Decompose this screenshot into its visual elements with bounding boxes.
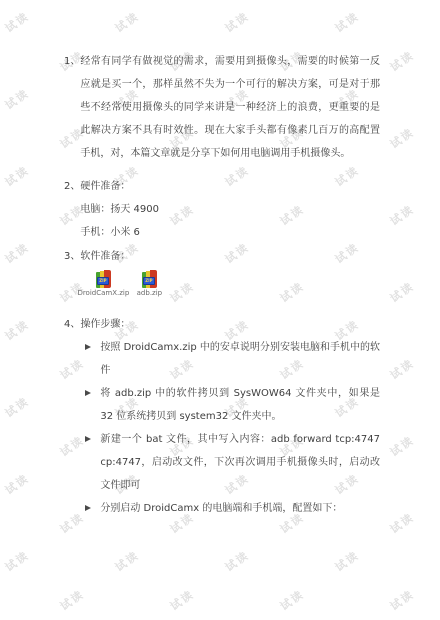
watermark-text: 试读 bbox=[2, 547, 32, 575]
section-1-number: 1、 bbox=[64, 50, 80, 165]
watermark-text: 试读 bbox=[222, 8, 252, 36]
document-content: 1、 经常有同学有做视觉的需求，需要用到摄像头，需要的时候第一反应就是买一个，那… bbox=[64, 50, 380, 520]
step-item: 新建一个 bat 文件，其中写入内容：adb forward tcp:4747 … bbox=[80, 428, 380, 497]
watermark-text: 试读 bbox=[2, 393, 32, 421]
hardware-line-phone: 手机：小米 6 bbox=[80, 221, 380, 244]
section-1: 1、 经常有同学有做视觉的需求，需要用到摄像头，需要的时候第一反应就是买一个，那… bbox=[64, 50, 380, 165]
section-4: 4、 操作步骤： 按照 DroidCamx.zip 中的安卓说明分别安装电脑和手… bbox=[64, 313, 380, 520]
arrow-bullet-icon bbox=[84, 497, 100, 520]
document-page: 试读试读试读试读试读试读试读试读试读试读试读试读试读试读试读试读试读试读试读试读… bbox=[0, 0, 440, 620]
section-4-number: 4、 bbox=[64, 313, 80, 520]
watermark-text: 试读 bbox=[167, 585, 197, 613]
watermark-text: 试读 bbox=[332, 547, 362, 575]
watermark-text: 试读 bbox=[222, 547, 252, 575]
zip-badge: ZIP bbox=[143, 277, 155, 285]
step-text: 新建一个 bat 文件，其中写入内容：adb forward tcp:4747 … bbox=[100, 428, 380, 497]
section-2: 2、 硬件准备： 电脑：扬天 4900 手机：小米 6 bbox=[64, 175, 380, 244]
section-2-number: 2、 bbox=[64, 175, 80, 244]
step-text: 将 adb.zip 中的软件拷贝到 SysWOW64 文件夹中，如果是 32 位… bbox=[100, 382, 380, 428]
step-text: 分别启动 DroidCamx 的电脑端和手机端，配置如下： bbox=[100, 497, 380, 520]
watermark-text: 试读 bbox=[387, 277, 417, 305]
hardware-line-computer: 电脑：扬天 4900 bbox=[80, 198, 380, 221]
watermark-text: 试读 bbox=[277, 585, 307, 613]
step-item: 将 adb.zip 中的软件拷贝到 SysWOW64 文件夹中，如果是 32 位… bbox=[80, 382, 380, 428]
section-3: 3、 软件准备： ZIP DroidCamX.zip bbox=[64, 245, 380, 300]
file-item-adb: ZIP adb.zip bbox=[126, 270, 172, 298]
step-item: 按照 DroidCamx.zip 中的安卓说明分别安装电脑和手机中的软件 bbox=[80, 336, 380, 382]
watermark-text: 试读 bbox=[2, 316, 32, 344]
watermark-text: 试读 bbox=[57, 585, 87, 613]
arrow-bullet-icon bbox=[84, 336, 100, 382]
watermark-text: 试读 bbox=[2, 239, 32, 267]
watermark-text: 试读 bbox=[387, 200, 417, 228]
step-item: 分别启动 DroidCamx 的电脑端和手机端，配置如下： bbox=[80, 497, 380, 520]
watermark-text: 试读 bbox=[2, 8, 32, 36]
watermark-text: 试读 bbox=[387, 123, 417, 151]
file-item-droidcamx: ZIP DroidCamX.zip bbox=[80, 270, 126, 298]
step-text: 按照 DroidCamx.zip 中的安卓说明分别安装电脑和手机中的软件 bbox=[100, 336, 380, 382]
zip-badge: ZIP bbox=[97, 277, 109, 285]
watermark-text: 试读 bbox=[387, 508, 417, 536]
watermark-text: 试读 bbox=[112, 547, 142, 575]
section-3-title: 软件准备： bbox=[80, 245, 380, 268]
watermark-text: 试读 bbox=[387, 431, 417, 459]
software-files-row: ZIP DroidCamX.zip ZIP adb.zip bbox=[80, 270, 380, 298]
watermark-text: 试读 bbox=[387, 354, 417, 382]
zip-archive-icon: ZIP bbox=[142, 270, 157, 288]
zip-archive-icon: ZIP bbox=[96, 270, 111, 288]
section-4-title: 操作步骤： bbox=[80, 313, 380, 336]
watermark-text: 试读 bbox=[2, 470, 32, 498]
watermark-text: 试读 bbox=[387, 585, 417, 613]
section-2-title: 硬件准备： bbox=[80, 175, 380, 198]
zip-file-label: DroidCamX.zip bbox=[77, 289, 129, 298]
arrow-bullet-icon bbox=[84, 428, 100, 497]
watermark-text: 试读 bbox=[112, 8, 142, 36]
section-1-paragraph: 经常有同学有做视觉的需求，需要用到摄像头，需要的时候第一反应就是买一个，那样虽然… bbox=[80, 50, 380, 165]
watermark-text: 试读 bbox=[332, 8, 362, 36]
arrow-bullet-icon bbox=[84, 382, 100, 428]
watermark-text: 试读 bbox=[2, 162, 32, 190]
watermark-text: 试读 bbox=[2, 85, 32, 113]
watermark-text: 试读 bbox=[387, 46, 417, 74]
zip-file-label: adb.zip bbox=[137, 289, 162, 298]
